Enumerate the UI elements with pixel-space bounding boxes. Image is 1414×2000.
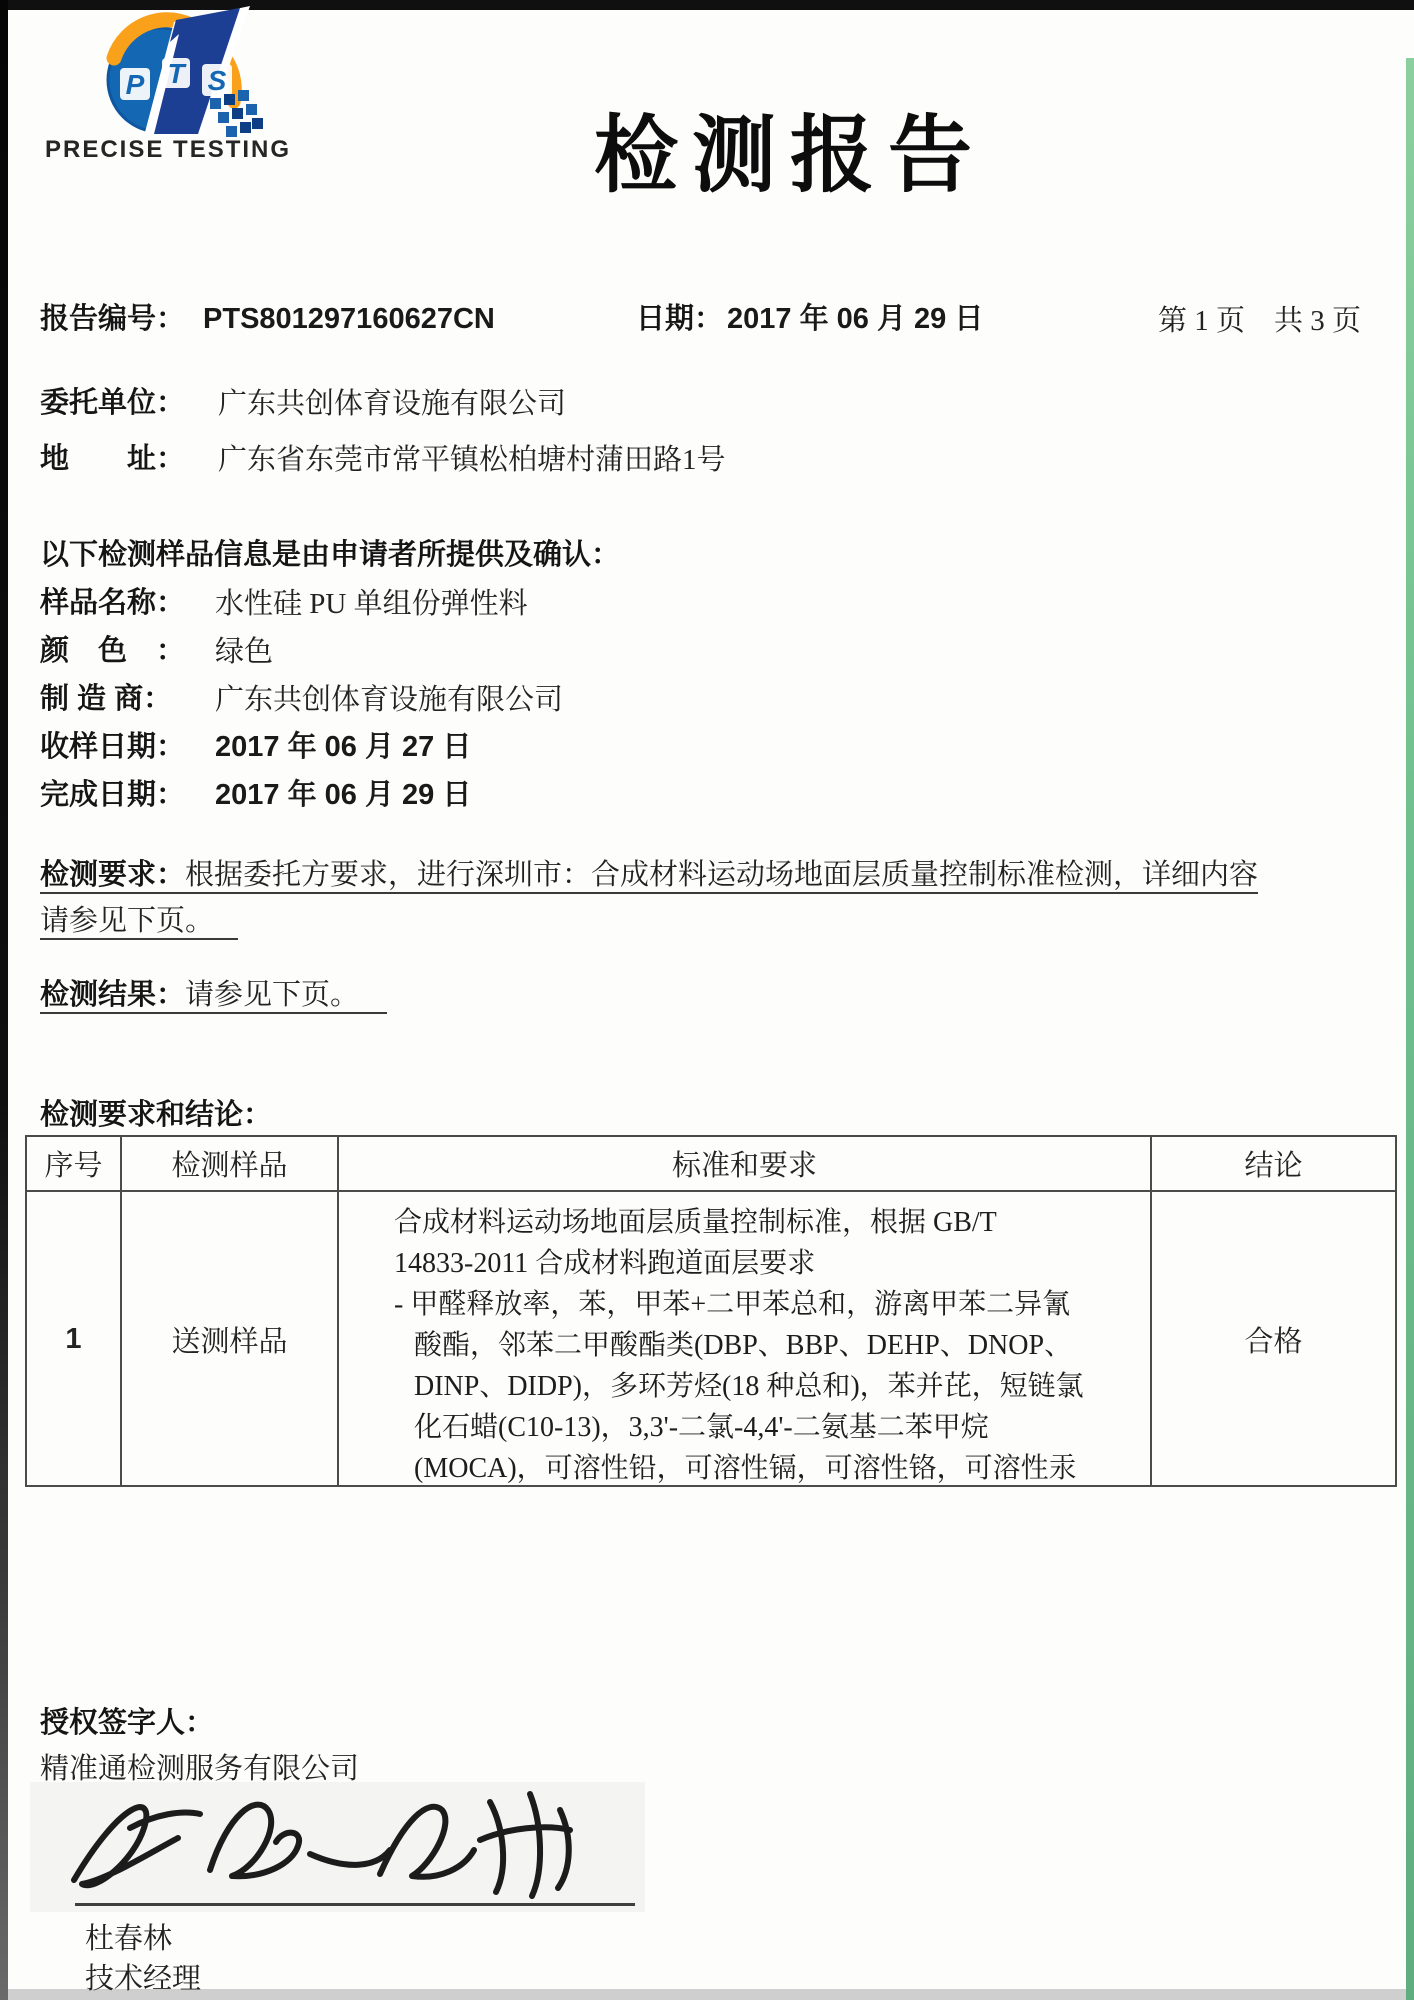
scan-edge-right-green [1406, 58, 1414, 2000]
completed-date-value: 2017 年 06 月 29 日 [215, 772, 471, 813]
page-title: 检测报告 [594, 88, 986, 209]
row-standard-cell: 合成材料运动场地面层质量控制标准，根据 GB/T 14833-2011 合成材料… [339, 1192, 1152, 1487]
pts-logo-graphic: P T S [82, 6, 292, 138]
standard-line: 14833-2011 合成材料跑道面层要求 [394, 1243, 1146, 1284]
handwritten-signature [60, 1784, 620, 1904]
sample-name-value: 水性硅 PU 单组份弹性料 [215, 581, 528, 622]
conclusion-heading: 检测要求和结论： [40, 1092, 272, 1133]
report-date-label: 日期： [636, 303, 723, 335]
client-value: 广东共创体育设施有限公司 [218, 381, 566, 422]
report-date-value: 2017 年 06 月 29 日 [727, 303, 983, 335]
standard-line: 化石蜡(C10-13)，3,3'-二氯-4,4'-二氨基二苯甲烷 [394, 1407, 1146, 1448]
col-header-sample: 检测样品 [122, 1137, 337, 1190]
standard-line: 酸酯，邻苯二甲酸酯类(DBP、BBP、DEHP、DNOP、 [394, 1325, 1146, 1366]
address-value: 广东省东莞市常平镇松柏塘村蒲田路1号 [218, 437, 726, 478]
manufacturer-label: 制 造 商： [40, 676, 172, 717]
svg-text:P: P [126, 69, 145, 100]
scan-edge-bottom [8, 1989, 1406, 2000]
col-header-no: 序号 [27, 1137, 120, 1190]
col-header-standard: 标准和要求 [339, 1137, 1150, 1190]
completed-date-label: 完成日期： [40, 772, 185, 813]
signing-company: 精准通检测服务有限公司 [40, 1746, 359, 1787]
conclusion-table: 序号 检测样品 标准和要求 结论 1 送测样品 合成材料运动场地面层质量控制标准… [25, 1135, 1397, 1487]
standard-line: - 甲醛释放率，苯，甲苯+二甲苯总和，游离甲苯二异氰 [394, 1284, 1146, 1325]
sample-name-label: 样品名称： [40, 580, 185, 621]
scan-edge-top-right [1330, 0, 1414, 10]
scan-edge-left [0, 0, 8, 2000]
signer-name: 杜春林 [85, 1916, 172, 1957]
signer-role: 技术经理 [85, 1956, 201, 1997]
svg-text:T: T [167, 58, 187, 89]
test-requirement-text2: 请参见下页。 [40, 905, 214, 937]
scanned-test-report-page: { "logo": { "letters": "PTS", "caption":… [0, 0, 1414, 2000]
report-number-label: 报告编号： [40, 303, 185, 335]
color-value: 绿色 [215, 629, 273, 670]
test-requirement-label: 检测要求： [40, 859, 185, 891]
test-requirement-line2: 请参见下页。 [40, 898, 238, 939]
test-requirement-text1: 根据委托方要求，进行深圳市：合成材料运动场地面层质量控制标准检测，详细内容 [185, 859, 1258, 891]
sample-intro: 以下检测样品信息是由申请者所提供及确认： [40, 532, 620, 573]
svg-text:S: S [208, 65, 227, 96]
standard-line: 合成材料运动场地面层质量控制标准，根据 GB/T [394, 1202, 1146, 1243]
authorized-signer-label: 授权签字人： [40, 1700, 214, 1741]
page-info: 第 1 页 共 3 页 [1158, 298, 1361, 339]
color-label: 颜 色 ： [40, 628, 185, 669]
client-label: 委托单位： [40, 380, 185, 421]
received-date-value: 2017 年 06 月 27 日 [215, 724, 471, 765]
standard-line: DINP、DIDP)，多环芳烃(18 种总和)，苯并芘，短链氯 [394, 1366, 1146, 1407]
row-conclusion-cell: 合格 [1152, 1192, 1395, 1487]
address-label: 地 址： [40, 436, 185, 477]
col-header-conclusion: 结论 [1152, 1137, 1395, 1190]
report-number-row: 报告编号： PTS801297160627CN [40, 296, 495, 337]
test-requirement-line1: 检测要求：根据委托方要求，进行深圳市：合成材料运动场地面层质量控制标准检测，详细… [40, 852, 1258, 893]
report-number-value: PTS801297160627CN [203, 303, 495, 335]
row-no-cell: 1 [27, 1192, 120, 1487]
test-result-label: 检测结果： [40, 979, 185, 1011]
logo-caption: PRECISE TESTING [45, 136, 291, 164]
test-result-line: 检测结果：请参见下页。 [40, 972, 387, 1013]
test-result-text: 请参见下页。 [185, 979, 359, 1011]
standard-line: (MOCA)，可溶性铅，可溶性镉，可溶性铬，可溶性汞 [394, 1448, 1146, 1489]
manufacturer-value: 广东共创体育设施有限公司 [215, 677, 563, 718]
pts-logo: P T S [82, 6, 292, 138]
report-date-row: 日期： 2017 年 06 月 29 日 [636, 296, 983, 337]
signature-underline [75, 1903, 635, 1906]
received-date-label: 收样日期： [40, 724, 185, 765]
row-sample-cell: 送测样品 [122, 1192, 337, 1487]
